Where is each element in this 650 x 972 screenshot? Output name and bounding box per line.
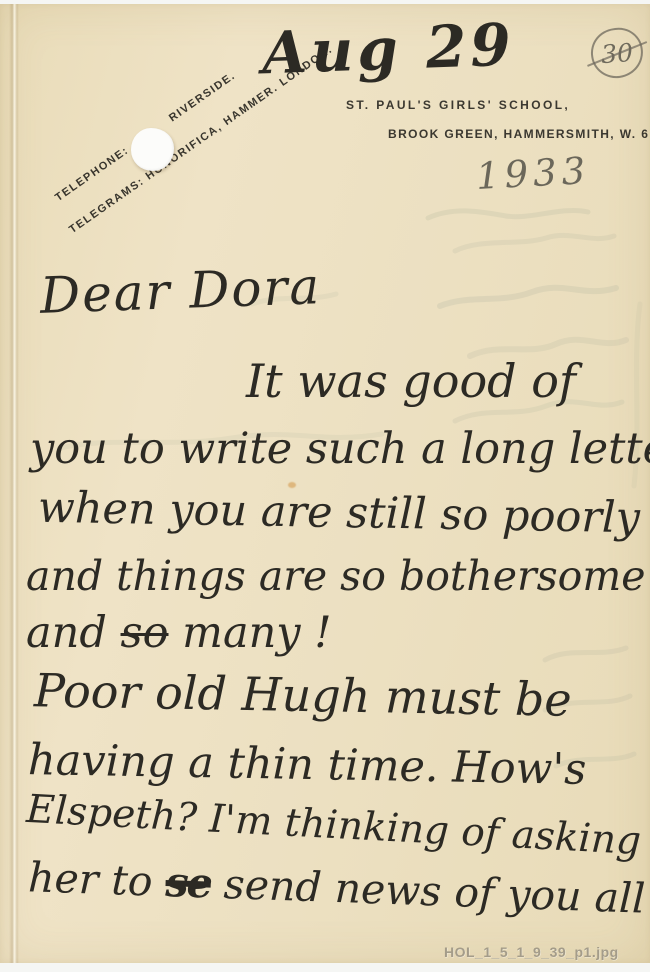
scanned-letter-page: TELEPHONE:RIVERSIDE. TELEGRAMS: HONORIFI… <box>0 0 650 972</box>
letter-line-9-scribbled-word: se <box>165 858 212 908</box>
letter-line-5: and so many ! <box>26 612 332 655</box>
fold-crease <box>9 4 19 963</box>
letter-line-9-pre: her to <box>27 853 166 906</box>
salutation: Dear Dora <box>39 261 322 321</box>
letter-line-5-struck-word: so <box>121 608 169 658</box>
letter-line-3: when you are still so poorly <box>38 487 641 540</box>
letter-line-7: having a thin time. How's <box>28 739 587 792</box>
letter-line-2: you to write such a long letter <box>30 428 650 471</box>
letter-line-5-post: many ! <box>169 608 332 658</box>
letter-paper: TELEPHONE:RIVERSIDE. TELEGRAMS: HONORIFI… <box>0 4 650 963</box>
letterhead-address: BROOK GREEN, HAMMERSMITH, W. 6. <box>388 127 650 141</box>
handwritten-date: Aug 29 <box>261 16 516 83</box>
scan-watermark-filename: HOL_1_5_1_9_39_p1.jpg <box>444 944 619 960</box>
letterhead-school-name: ST. PAUL'S GIRLS' SCHOOL, <box>346 98 570 112</box>
letter-line-5-pre: and <box>26 608 121 658</box>
punched-hole <box>131 128 174 171</box>
letter-line-4: and things are so bothersome — <box>26 556 650 597</box>
pencil-year: 1933 <box>475 149 591 198</box>
letter-line-6: Poor old Hugh must be <box>34 667 572 722</box>
letter-line-1: It was good of <box>246 358 576 404</box>
